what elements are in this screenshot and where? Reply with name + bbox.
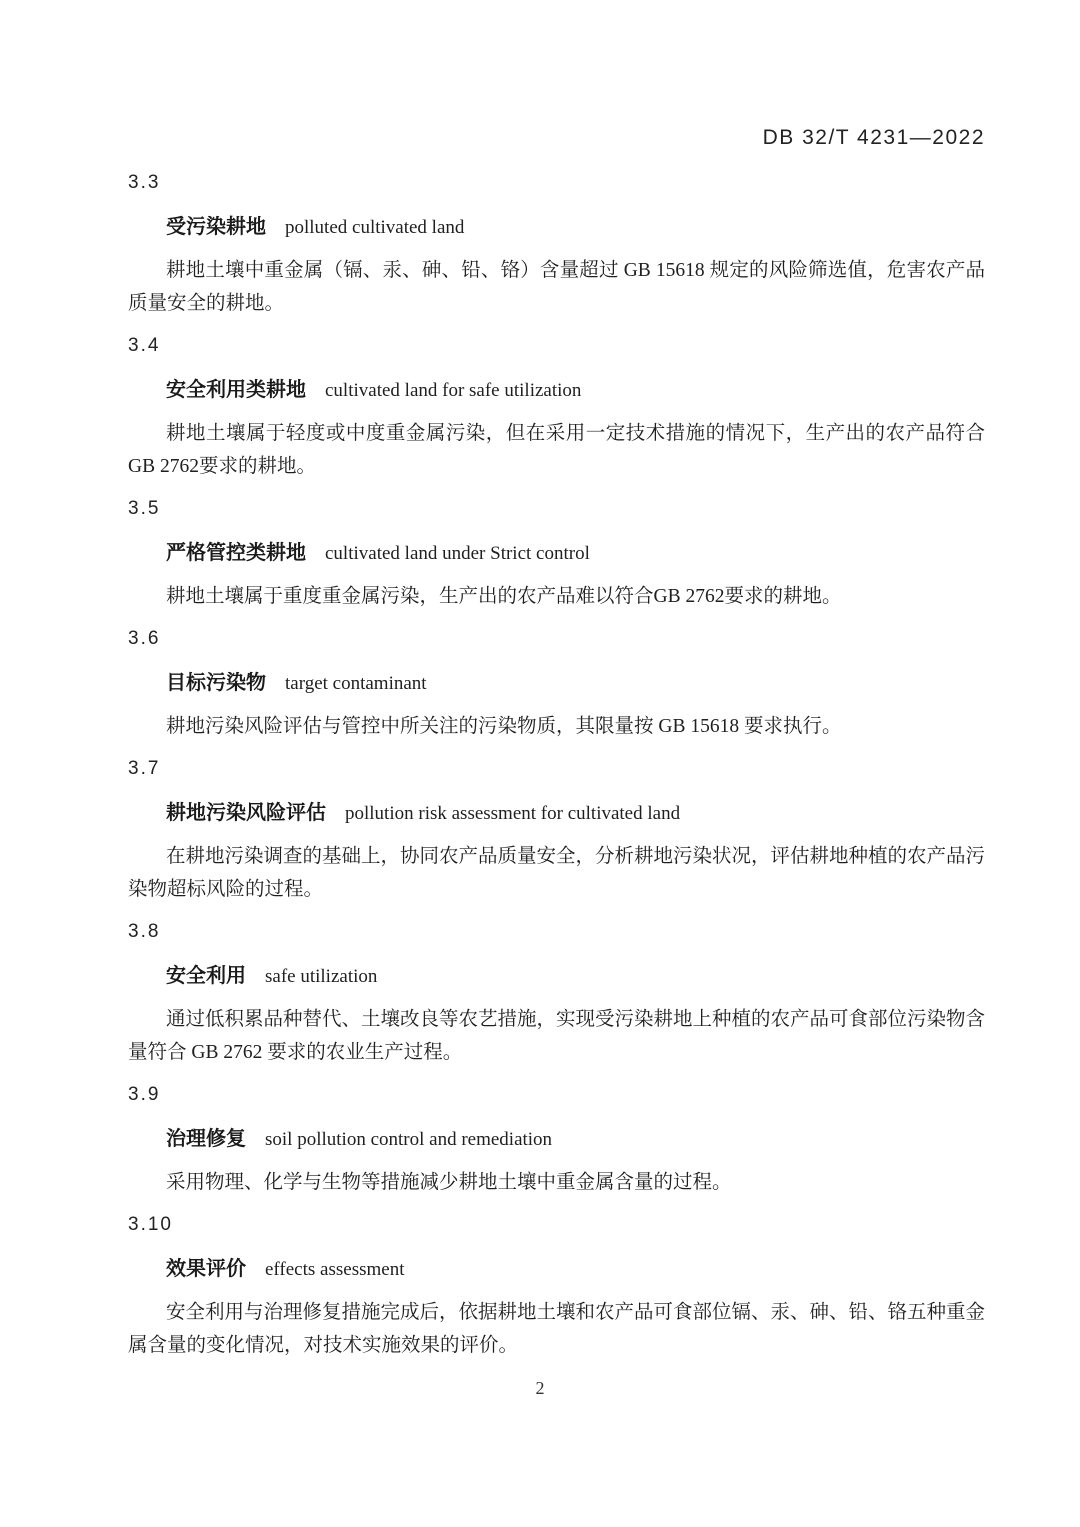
clause-3-9: 3.9 治理修复 soil pollution control and reme… [128, 1078, 985, 1199]
term-line: 效果评价 effects assessment [166, 1253, 985, 1287]
clause-3-3: 3.3 受污染耕地 polluted cultivated land 耕地土壤中… [128, 166, 985, 320]
term-chinese: 目标污染物 [166, 672, 266, 694]
term-english: soil pollution control and remediation [265, 1129, 552, 1150]
term-english: effects assessment [265, 1259, 404, 1280]
term-chinese: 效果评价 [166, 1258, 246, 1280]
term-line: 受污染耕地 polluted cultivated land [166, 211, 985, 245]
term-line: 耕地污染风险评估 pollution risk assessment for c… [166, 797, 985, 831]
term-english: polluted cultivated land [285, 217, 464, 238]
clause-3-10: 3.10 效果评价 effects assessment 安全利用与治理修复措施… [128, 1208, 985, 1362]
term-chinese: 安全利用类耕地 [166, 379, 306, 401]
clause-number: 3.9 [128, 1078, 985, 1111]
clause-3-8: 3.8 安全利用 safe utilization 通过低积累品种替代、土壤改良… [128, 915, 985, 1069]
terms-and-definitions-content: 3.3 受污染耕地 polluted cultivated land 耕地土壤中… [128, 166, 985, 1362]
term-english: cultivated land for safe utilization [325, 380, 581, 401]
clause-3-4: 3.4 安全利用类耕地 cultivated land for safe uti… [128, 329, 985, 483]
term-line: 严格管控类耕地 cultivated land under Strict con… [166, 537, 985, 571]
term-chinese: 治理修复 [166, 1128, 246, 1150]
term-english: target contaminant [285, 673, 427, 694]
definition-text: 在耕地污染调查的基础上，协同农产品质量安全，分析耕地污染状况，评估耕地种植的农产… [128, 840, 985, 906]
clause-number: 3.4 [128, 329, 985, 362]
clause-number: 3.7 [128, 752, 985, 785]
document-page: DB 32/T 4231—2022 3.3 受污染耕地 polluted cul… [0, 0, 1080, 1527]
clause-number: 3.6 [128, 622, 985, 655]
term-line: 安全利用类耕地 cultivated land for safe utiliza… [166, 374, 985, 408]
term-chinese: 耕地污染风险评估 [166, 802, 326, 824]
clause-number: 3.5 [128, 492, 985, 525]
term-chinese: 安全利用 [166, 965, 246, 987]
term-line: 治理修复 soil pollution control and remediat… [166, 1123, 985, 1157]
clause-number: 3.10 [128, 1208, 985, 1241]
definition-text: 采用物理、化学与生物等措施减少耕地土壤中重金属含量的过程。 [128, 1166, 985, 1199]
clause-number: 3.3 [128, 166, 985, 199]
definition-text: 耕地污染风险评估与管控中所关注的污染物质，其限量按 GB 15618 要求执行。 [128, 710, 985, 743]
standard-number-header: DB 32/T 4231—2022 [128, 124, 985, 152]
term-chinese: 受污染耕地 [166, 216, 266, 238]
term-english: pollution risk assessment for cultivated… [345, 803, 680, 824]
definition-text: 耕地土壤属于重度重金属污染，生产出的农产品难以符合GB 2762要求的耕地。 [128, 580, 985, 613]
term-english: safe utilization [265, 966, 377, 987]
term-english: cultivated land under Strict control [325, 543, 590, 564]
term-line: 目标污染物 target contaminant [166, 667, 985, 701]
page-number: 2 [0, 1378, 1080, 1399]
clause-number: 3.8 [128, 915, 985, 948]
clause-3-5: 3.5 严格管控类耕地 cultivated land under Strict… [128, 492, 985, 613]
definition-text: 安全利用与治理修复措施完成后，依据耕地土壤和农产品可食部位镉、汞、砷、铅、铬五种… [128, 1296, 985, 1362]
term-chinese: 严格管控类耕地 [166, 542, 306, 564]
clause-3-6: 3.6 目标污染物 target contaminant 耕地污染风险评估与管控… [128, 622, 985, 743]
definition-text: 耕地土壤中重金属（镉、汞、砷、铅、铬）含量超过 GB 15618 规定的风险筛选… [128, 254, 985, 320]
clause-3-7: 3.7 耕地污染风险评估 pollution risk assessment f… [128, 752, 985, 906]
definition-text: 耕地土壤属于轻度或中度重金属污染，但在采用一定技术措施的情况下，生产出的农产品符… [128, 417, 985, 483]
term-line: 安全利用 safe utilization [166, 960, 985, 994]
definition-text: 通过低积累品种替代、土壤改良等农艺措施，实现受污染耕地上种植的农产品可食部位污染… [128, 1003, 985, 1069]
